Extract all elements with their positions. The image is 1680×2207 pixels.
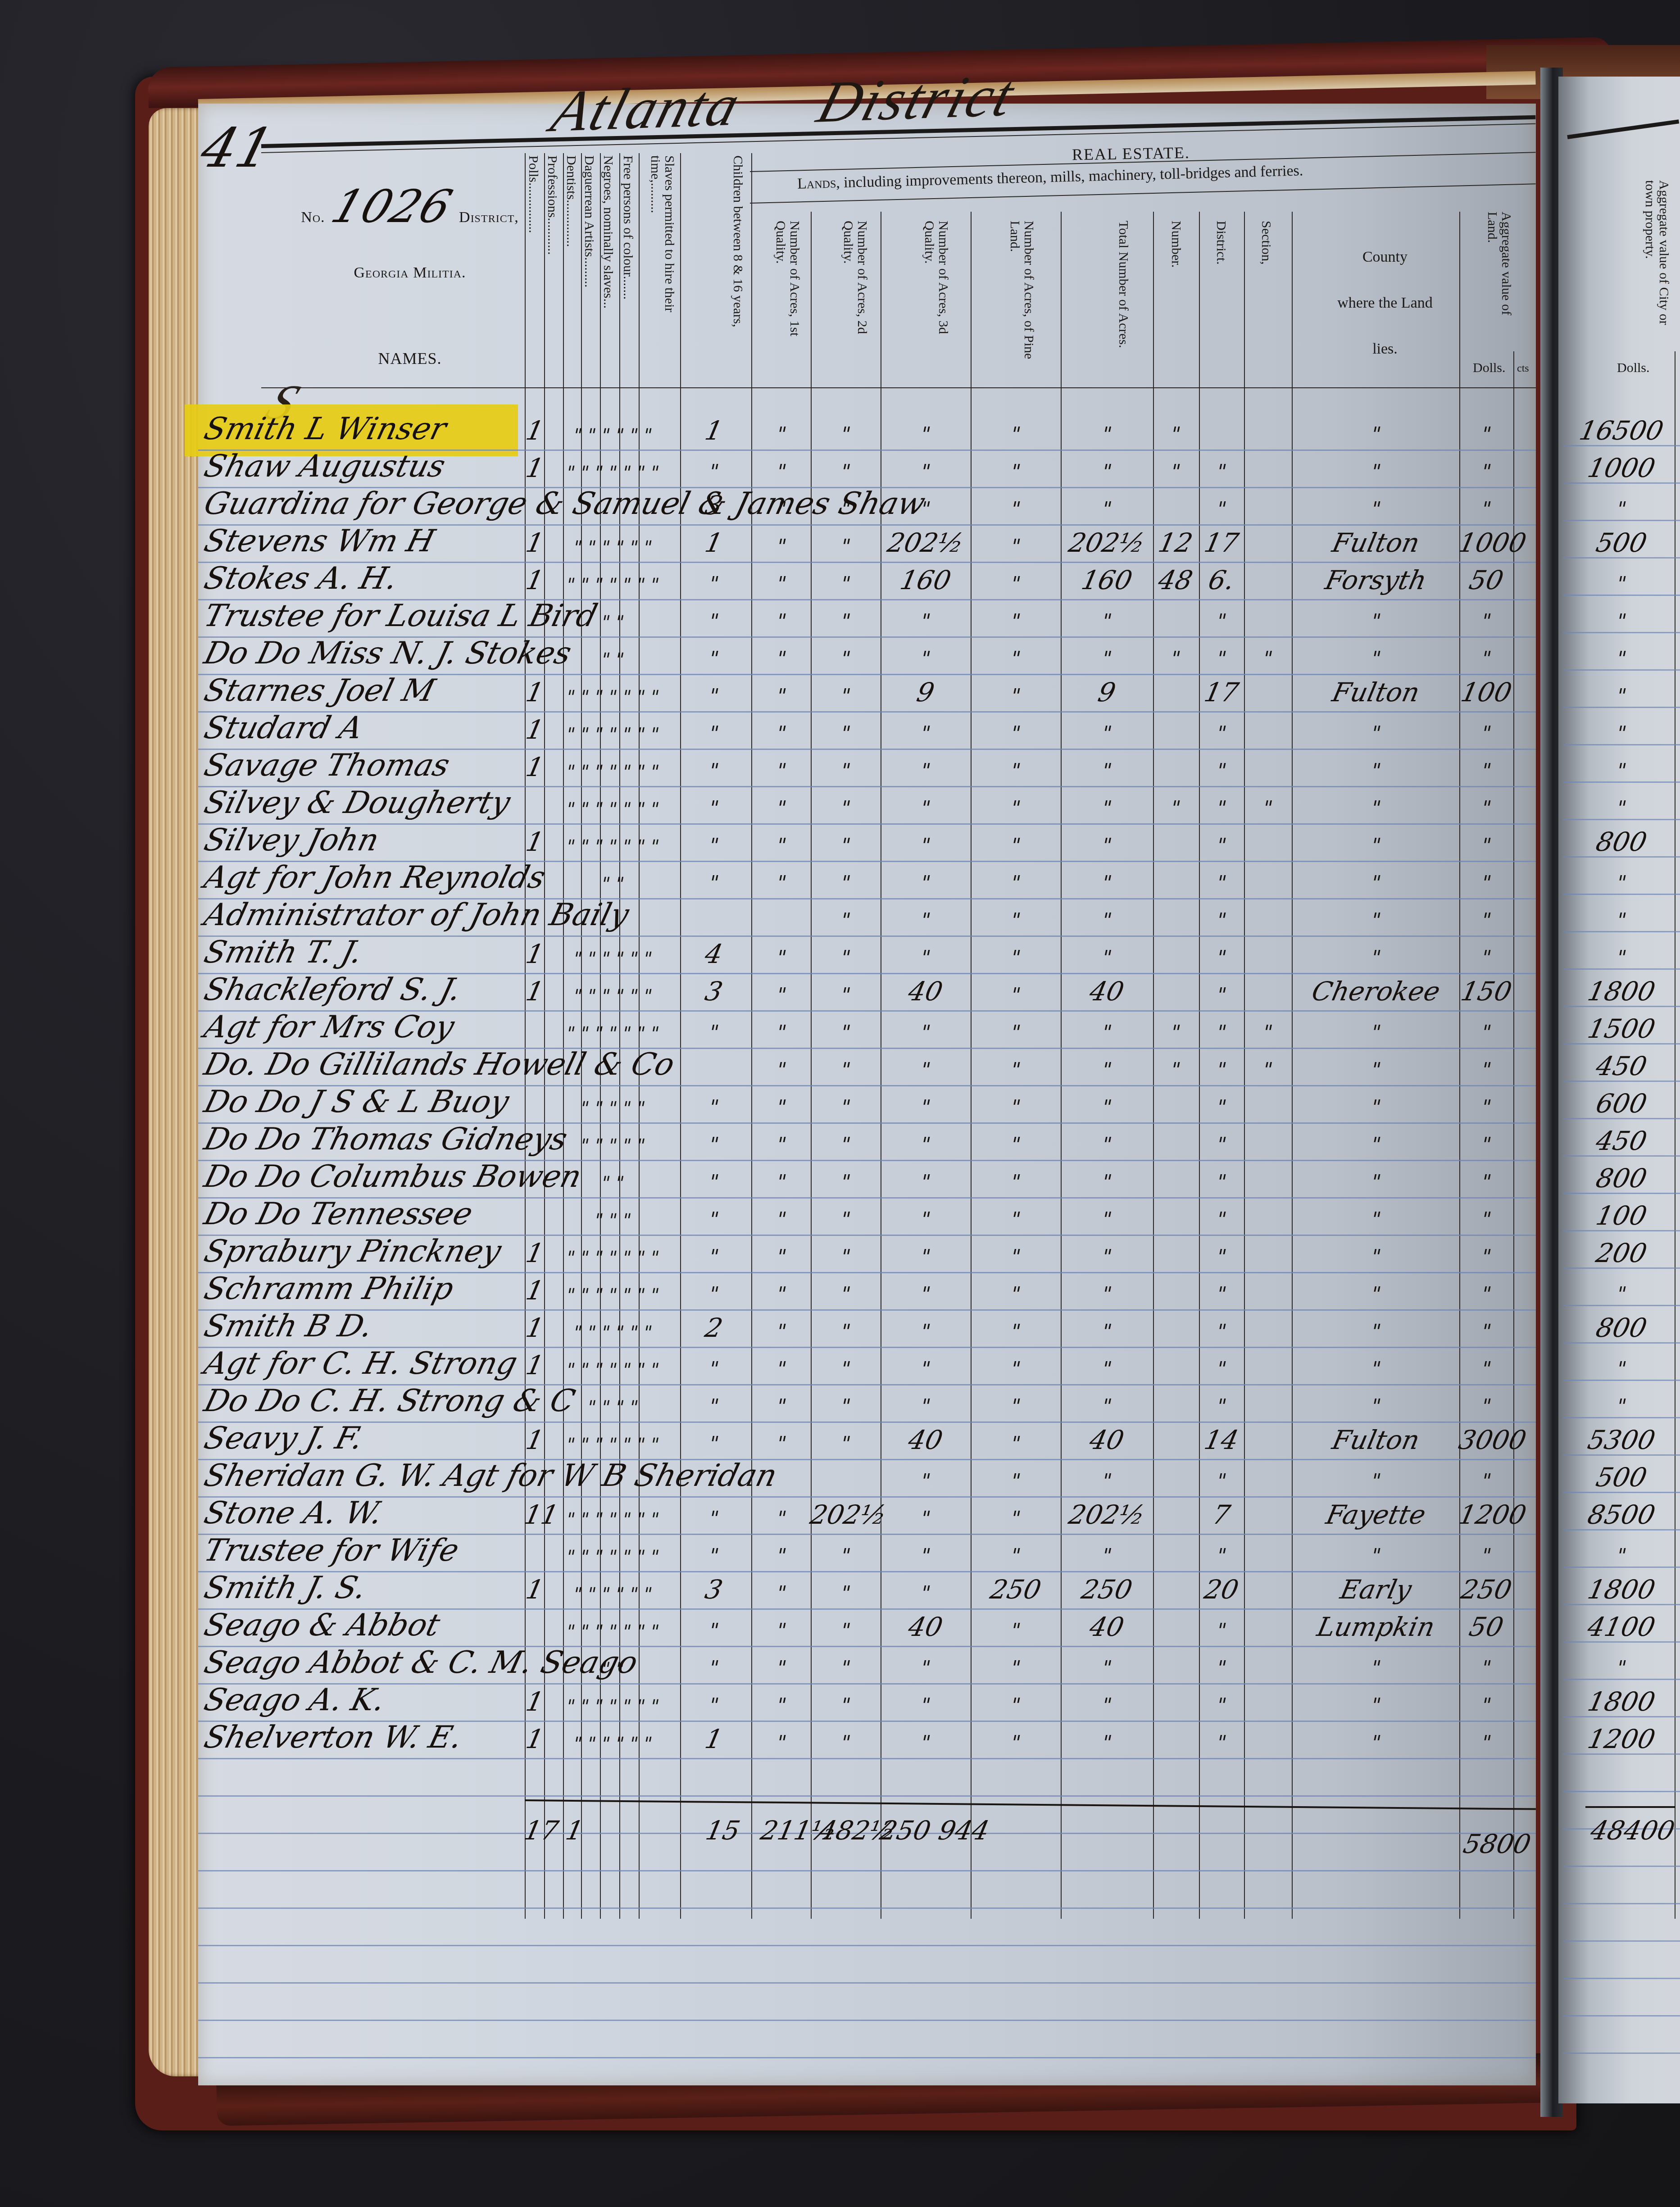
cell-children: " [678,834,750,857]
cell-land: " [1457,1208,1516,1231]
cell-a2: " [808,759,883,782]
cell-a3: " [878,946,973,969]
cell-children: " [678,1171,750,1194]
cell-a3: " [878,1283,973,1306]
cell-total: " [1058,1470,1156,1493]
cell-dist: " [1197,1133,1247,1156]
cell-a1: " [750,1171,813,1194]
col-header-total-acres: Total Number of Acres. [1094,221,1131,369]
table-row: Agt for John Reynolds" """"""""""" [0,861,1680,898]
cell-land: " [1457,1245,1516,1268]
cell-children: 1 [677,415,751,446]
cell-a3: 9 [877,677,974,708]
cell-sect: " [1242,797,1294,820]
entry-name: Trustee for Louisa L Bird [200,598,601,634]
entry-name: Stokes A. H. [200,561,401,596]
ruled-line [198,1870,1536,1871]
cell-sect: " [1242,1021,1294,1044]
cell-children: " [678,647,750,670]
cell-city: 200 [1564,1238,1679,1268]
cell-city: " [1565,1358,1678,1381]
cell-ditto-run: " " " " " " " [543,1435,682,1455]
cell-children: 4 [677,939,751,969]
cell-county: Early [1290,1574,1462,1605]
table-row: Do. Do Gillilands Howell & Co""""""""""4… [0,1048,1680,1085]
cell-a1: " [750,1731,813,1754]
table-row: Silvey John1" " " " " " """"""""""800 [0,823,1680,861]
cell-dist: " [1197,1021,1247,1044]
table-row: Starnes Joel M1" " " " " " """"9"917Fult… [0,674,1680,711]
cell-sect: " [1242,1058,1294,1081]
district-number-line: No. 1026 District, [297,180,522,233]
cell-dist: 7 [1196,1499,1247,1530]
cell-ditto-run: " " " " " " " [543,575,682,595]
entry-name: Stone A. W. [200,1495,386,1531]
district-number: 1026 [325,180,459,233]
col-header-section: Section, [1259,221,1273,369]
cell-land: " [1457,1096,1516,1119]
cell-total: " [1058,1320,1156,1343]
cell-total: 160 [1058,565,1156,595]
cell-dist: " [1197,759,1247,782]
cell-county: " [1290,1358,1462,1381]
dolls-label-city: Dolls. [1617,360,1650,376]
cell-children: " [678,572,750,595]
ruled-line-facing [1563,1940,1680,1942]
table-row: Shelverton W. E.1" " " " " "1""""""""120… [0,1721,1680,1758]
cell-a2: " [808,460,883,483]
cell-dist: " [1197,1657,1247,1680]
cell-city: " [1565,797,1678,820]
cell-a1: " [750,423,813,446]
cell-city: 5300 [1564,1425,1679,1455]
cell-city: 8500 [1564,1499,1679,1530]
cell-a3: " [878,759,973,782]
ruled-line-facing [1563,1978,1680,1979]
cell-city: " [1565,722,1678,745]
cell-ditto-run: " " " " " " " [543,1360,682,1381]
cell-a1: " [750,1507,813,1530]
cell-a3: " [878,1657,973,1680]
entry-name: Do Do Tennessee [200,1196,476,1232]
cell-city: 500 [1564,1462,1679,1493]
cell-land: " [1457,610,1516,633]
col-header-professions: Professions........... [545,155,559,372]
table-row: Guardina for George & Samuel & James Sha… [0,487,1680,524]
cell-children: " [678,1507,750,1530]
entry-name: Agt for Mrs Coy [200,1009,458,1045]
cell-dist: 14 [1196,1425,1247,1455]
cell-children: " [678,1657,750,1680]
ruled-line-facing [1563,2015,1680,2016]
total-city-value: 48400 [1582,1815,1680,1846]
cell-a1: " [750,460,813,483]
cell-county: " [1290,1694,1462,1717]
cell-land: 100 [1456,677,1517,708]
cell-city: 1800 [1564,976,1679,1007]
cell-land: " [1457,498,1516,521]
cell-pine: " [968,498,1063,521]
cell-pine: " [968,1283,1063,1306]
col-header-slaves-hire-time: Slaves permitted to hire their time,....… [640,155,677,372]
col-header-aggregate-land-value: Aggregate value of Land. [1477,212,1513,347]
ruled-line [198,2020,1536,2021]
cell-county: " [1290,1657,1462,1680]
cell-city: 1800 [1564,1574,1679,1605]
totals-rule-city [1585,1806,1675,1808]
cell-county: " [1290,460,1462,483]
cell-children: " [678,1619,750,1642]
cell-total: " [1058,759,1156,782]
cell-total: " [1058,1208,1156,1231]
cell-land: " [1457,1694,1516,1717]
cell-dist: " [1197,909,1247,932]
cell-pine: " [968,722,1063,745]
cell-pine: " [968,1208,1063,1231]
entry-name: Sheridan G. W. Agt for W B Sheridan [200,1458,781,1494]
entry-name: Smith J. S. [200,1570,370,1606]
cell-a3: 40 [877,1425,974,1455]
cell-a3: " [878,1358,973,1381]
cell-total: " [1058,1395,1156,1418]
cell-city: " [1565,1657,1678,1680]
entry-name: Silvey & Dougherty [200,785,514,821]
cell-dist: " [1197,1208,1247,1231]
cell-children: " [678,685,750,708]
cell-city: " [1565,872,1678,895]
cell-dist: " [1197,722,1247,745]
cell-pine: " [968,1358,1063,1381]
cell-county: Forsyth [1290,565,1462,595]
cell-a1: " [750,946,813,969]
table-row: Shaw Augustus1" " " " " " """""""""""100… [0,450,1680,487]
cell-land: 250 [1456,1574,1517,1605]
cell-children: " [678,1245,750,1268]
cell-a1: " [750,1058,813,1081]
cell-children: " [678,797,750,820]
cell-county: " [1290,498,1462,521]
cell-a2: " [808,685,883,708]
cell-total: " [1058,834,1156,857]
ruled-line [198,1758,1536,1759]
cell-a1: " [750,1694,813,1717]
cell-a3: " [878,1731,973,1754]
cell-a1: " [750,1283,813,1306]
col-header-county: County where the Land lies. [1315,234,1455,372]
cell-pine: " [968,984,1063,1007]
cell-a3: 40 [877,1612,974,1642]
cell-children: " [678,1395,750,1418]
cell-land: " [1457,797,1516,820]
table-row: Schramm Philip1" " " " " " """"""""""" [0,1272,1680,1309]
table-row: Stokes A. H.1" " " " " " """"160"160486.… [0,562,1680,599]
cell-children: " [678,460,750,483]
cell-children: " [678,1544,750,1567]
cell-ditto-run: " " " " " " " [543,1023,682,1044]
cell-a1: " [750,1208,813,1231]
cell-a2: " [808,946,883,969]
cell-pine: " [968,423,1063,446]
cell-total: " [1058,1731,1156,1754]
cell-total: " [1058,1058,1156,1081]
ruled-line [198,1982,1536,1984]
cell-dist: " [1197,946,1247,969]
cell-county: " [1290,1245,1462,1268]
cell-total: 202½ [1058,1499,1156,1530]
col-header-children-8-16: Children between 8 & 16 years, [731,155,745,372]
cell-land: " [1457,1133,1516,1156]
cell-a2: " [808,1544,883,1567]
cell-a2: " [808,1208,883,1231]
entry-name: Stevens Wm H [200,523,438,559]
cell-dist: " [1197,1358,1247,1381]
district-heading-word: District [811,63,1023,135]
cell-a2: " [808,423,883,446]
cell-total: " [1058,1358,1156,1381]
cell-county: " [1290,1470,1462,1493]
cell-pine: " [968,1507,1063,1530]
cell-children: " [678,1208,750,1231]
cell-a1: " [750,1657,813,1680]
cell-pine: " [968,797,1063,820]
cell-children: " [678,610,750,633]
cell-a3: " [878,1582,973,1605]
table-row: Studard A1" " " " " " """"""""""" [0,711,1680,749]
cell-county: " [1290,1208,1462,1231]
cell-county: Cherokee [1290,976,1462,1007]
cell-pine: " [968,872,1063,895]
cell-ditto-run: " " " [543,1210,682,1231]
ruled-line [198,1945,1536,1946]
cell-a2: " [808,1171,883,1194]
cell-pine: " [968,1470,1063,1493]
cell-a1: " [750,722,813,745]
cell-ditto-run: " " " " " [543,1135,682,1156]
ruled-line-facing [1563,1791,1680,1792]
total-land-value: 5800 [1461,1829,1521,1859]
cell-county: " [1290,759,1462,782]
entry-name: Do. Do Gillilands Howell & Co [200,1047,678,1082]
cell-a3: " [878,610,973,633]
cell-a3: " [878,498,973,521]
cell-a2: " [808,1133,883,1156]
cell-dist: " [1197,1470,1247,1493]
table-row: Do Do Columbus Bowen" """"""""""800 [0,1160,1680,1197]
cell-county: " [1290,872,1462,895]
cell-ditto-run: " " [543,612,682,633]
entry-name: Starnes Joel M [200,673,439,708]
cell-land: " [1457,759,1516,782]
cell-dist: " [1197,1694,1247,1717]
cell-county: " [1290,1283,1462,1306]
cell-a3: " [878,1096,973,1119]
cell-city: 500 [1564,527,1679,558]
cell-children: " [678,722,750,745]
cell-land: " [1457,1283,1516,1306]
cell-total: " [1058,1694,1156,1717]
cell-pine: " [968,1619,1063,1642]
cell-total: " [1058,1283,1156,1306]
cell-ditto-run: " " " " " " [543,986,682,1007]
cell-dist: " [1197,610,1247,633]
cell-city: 100 [1564,1200,1679,1231]
cell-total: " [1058,1096,1156,1119]
col-header-acres-3d-quality: Number of Acres, 3d Quality. [914,221,950,369]
cell-a2: " [808,1582,883,1605]
cell-pine: " [968,1657,1063,1680]
cell-total: " [1058,909,1156,932]
cell-a3: " [878,1395,973,1418]
cell-ditto-run: " " " " " " [543,425,682,446]
col-header-acres-1st-quality: Number of Acres, 1st Quality. [766,221,802,369]
entry-name: Shackleford S. J. [200,972,465,1008]
total-acres-3d: 482½ [817,1815,877,1846]
table-row: Silvey & Dougherty" " " " " " """"""""""… [0,786,1680,823]
cell-a3: 202½ [877,527,974,558]
cell-a2: " [808,984,883,1007]
cell-dist: " [1197,1619,1247,1642]
cell-a3: 160 [877,565,974,595]
cell-county: " [1290,1395,1462,1418]
cell-total: " [1058,647,1156,670]
cell-dist: 20 [1196,1574,1247,1605]
table-row: Agt for Mrs Coy" " " " " " """"""""""""1… [0,1010,1680,1048]
cell-county: " [1290,1171,1462,1194]
cell-dist: " [1197,647,1247,670]
cell-children: " [678,1694,750,1717]
cell-city: " [1565,685,1678,708]
col-header-dentists: Dentists.............. [564,155,578,372]
cell-dist: " [1197,1544,1247,1567]
cell-a2: " [808,1283,883,1306]
cell-city: 4100 [1564,1612,1679,1642]
cell-total: " [1058,1171,1156,1194]
col-header-number: Number. [1169,221,1183,369]
cell-a1: " [750,1358,813,1381]
entry-name: Sprabury Pinckney [200,1234,505,1269]
cell-dist: " [1197,872,1247,895]
cell-total: 40 [1058,1425,1156,1455]
cell-land: " [1457,1021,1516,1044]
table-row: Do Do Tennessee" " """"""""""100 [0,1197,1680,1235]
entry-name: Seavy J. F. [200,1421,367,1456]
names-column-header: NAMES. [297,349,522,368]
cell-children: 1 [677,527,751,558]
cell-a2: " [808,1657,883,1680]
cell-city: 16500 [1564,415,1679,446]
ruled-line-facing [1563,2053,1680,2054]
cell-a3: " [878,872,973,895]
cell-ditto-run: " " [543,874,682,895]
cell-num: " [1151,647,1201,670]
cell-total: 202½ [1058,527,1156,558]
ruled-line [198,2057,1536,2058]
cell-pine: " [968,572,1063,595]
cell-total: " [1058,498,1156,521]
cell-land: 50 [1456,565,1517,595]
col-header-district: District. [1214,221,1228,369]
cell-a1: " [750,1619,813,1642]
cell-a3: " [878,1245,973,1268]
entry-name: Savage Thomas [200,748,453,783]
cell-pine: " [968,909,1063,932]
cell-ditto-run: " " " " " " " [543,1547,682,1567]
cell-a2: " [808,909,883,932]
cell-total: " [1058,460,1156,483]
cell-pine: " [968,759,1063,782]
cell-dist: " [1197,1731,1247,1754]
cell-ditto-run: " " " " " " " [543,687,682,708]
cell-land: 1200 [1456,1499,1517,1530]
entry-name: Do Do C. H. Strong & C [200,1383,579,1419]
table-row: Smith L Winser1" " " " " "1""""""""16500 [0,412,1680,450]
cell-a1: " [750,498,813,521]
cell-a2: 202½ [808,1499,884,1530]
cell-a1: " [750,1395,813,1418]
cell-city: 800 [1564,1312,1679,1343]
cell-pine: " [968,1544,1063,1567]
cell-a2: " [808,1058,883,1081]
cell-a3: " [878,1133,973,1156]
cell-land: " [1457,722,1516,745]
cell-total: " [1058,946,1156,969]
cell-a2: " [808,1021,883,1044]
entry-name: Seago & Abbot [200,1608,444,1643]
cell-ditto-run: " " [543,649,682,670]
cell-ditto-run: " " " " " " [543,1734,682,1754]
cell-city: " [1565,647,1678,670]
cell-dist: " [1197,1283,1247,1306]
cell-land: " [1457,1358,1516,1381]
cell-total: " [1058,1245,1156,1268]
cell-children: " [678,1133,750,1156]
cell-city: 600 [1564,1088,1679,1119]
cell-county: " [1290,834,1462,857]
cell-county: Fulton [1290,677,1462,708]
cell-county: " [1290,1731,1462,1754]
cell-pine: " [968,1096,1063,1119]
entry-name: Silvey John [200,822,382,858]
cell-ditto-run: " " " " " " [543,1584,682,1605]
cell-dist: " [1197,834,1247,857]
cell-land: " [1457,946,1516,969]
ruled-line [198,1795,1536,1797]
cell-land: " [1457,1544,1516,1567]
cell-dist: 17 [1196,527,1247,558]
cell-pine: " [968,1731,1063,1754]
table-row: Shackleford S. J.1" " " " " "3""40"40"Ch… [0,973,1680,1010]
cell-land: " [1457,1657,1516,1680]
cell-pine: 250 [967,1574,1064,1605]
cell-a1: " [750,535,813,558]
col-header-polls: Polls............... [526,155,540,372]
cell-pine: " [968,1395,1063,1418]
cell-dist: " [1197,797,1247,820]
cell-a2: " [808,1358,883,1381]
cell-ditto-run: " " " " " " " [543,1248,682,1268]
cell-county: Fulton [1290,527,1462,558]
cell-a3: " [878,1208,973,1231]
cell-land: " [1457,1320,1516,1343]
cell-ditto-run: " " " " " " " [543,1621,682,1642]
cell-total: " [1058,722,1156,745]
cell-pine: " [968,1021,1063,1044]
cell-a2: " [808,647,883,670]
cell-a1: " [750,1582,813,1605]
cell-a3: " [878,1544,973,1567]
cell-land: " [1457,1731,1516,1754]
cell-a3: " [878,1171,973,1194]
